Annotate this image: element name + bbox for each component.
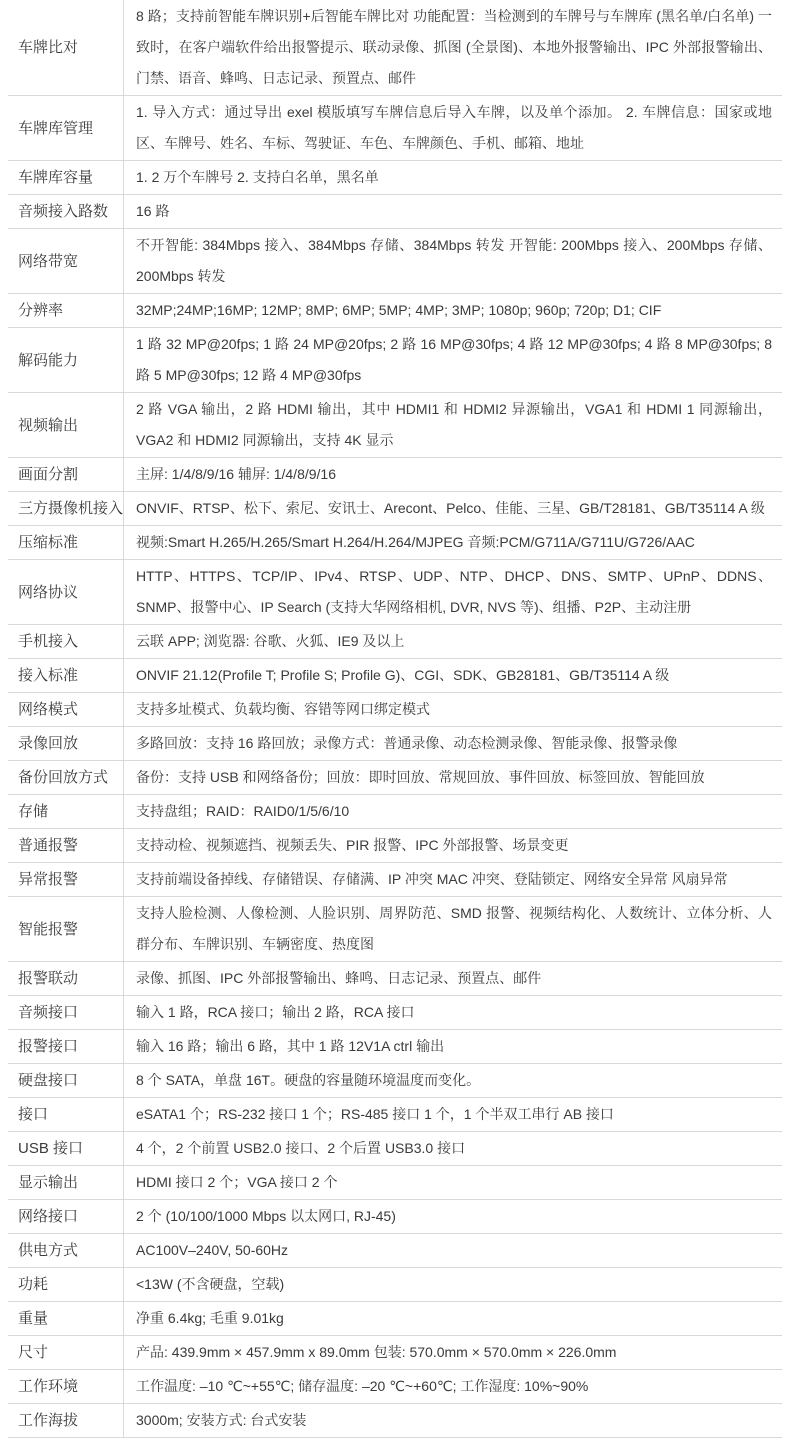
spec-label: 录像回放: [8, 727, 124, 760]
table-row: 接口 eSATA1 个；RS-232 接口 1 个；RS-485 接口 1 个，…: [8, 1098, 782, 1132]
spec-value-text: 1. 导入方式：通过导出 exel 模版填写车牌信息后导入车牌，以及单个添加。 …: [136, 97, 772, 159]
table-row: 网络带宽 不开智能: 384Mbps 接入、384Mbps 存储、384Mbps…: [8, 229, 782, 294]
spec-value-text: 支持盘组；RAID：RAID0/1/5/6/10: [136, 796, 772, 827]
spec-value: ONVIF、RTSP、松下、索尼、安讯士、Arecont、Pelco、佳能、三星…: [124, 492, 782, 525]
spec-value: <13W (不含硬盘，空载): [124, 1268, 782, 1301]
spec-value: AC100V–240V, 50-60Hz: [124, 1234, 782, 1267]
spec-value-text: 输入 16 路；输出 6 路，其中 1 路 12V1A ctrl 输出: [136, 1031, 772, 1062]
spec-value-text: 1 路 32 MP@20fps; 1 路 24 MP@20fps; 2 路 16…: [136, 329, 772, 391]
spec-value-text: 8 个 SATA，单盘 16T。硬盘的容量随环境温度而变化。: [136, 1065, 772, 1096]
spec-value: 支持前端设备掉线、存储错误、存储满、IP 冲突 MAC 冲突、登陆锁定、网络安全…: [124, 863, 782, 896]
spec-value: 输入 16 路；输出 6 路，其中 1 路 12V1A ctrl 输出: [124, 1030, 782, 1063]
table-row: 硬盘接口 8 个 SATA，单盘 16T。硬盘的容量随环境温度而变化。: [8, 1064, 782, 1098]
spec-value: 主屏: 1/4/8/9/16 辅屏: 1/4/8/9/16: [124, 458, 782, 491]
table-row: USB 接口 4 个，2 个前置 USB2.0 接口、2 个后置 USB3.0 …: [8, 1132, 782, 1166]
table-row: 视频输出 2 路 VGA 输出，2 路 HDMI 输出，其中 HDMI1 和 H…: [8, 393, 782, 458]
spec-value-text: 32MP;24MP;16MP; 12MP; 8MP; 6MP; 5MP; 4MP…: [136, 295, 772, 326]
spec-value-text: AC100V–240V, 50-60Hz: [136, 1235, 772, 1266]
spec-label: 手机接入: [8, 625, 124, 658]
spec-value-text: 产品: 439.9mm × 457.9mm x 89.0mm 包装: 570.0…: [136, 1337, 772, 1368]
spec-label: 车牌库管理: [8, 96, 124, 160]
table-row: 网络接口 2 个 (10/100/1000 Mbps 以太网口, RJ-45): [8, 1200, 782, 1234]
spec-value-text: eSATA1 个；RS-232 接口 1 个；RS-485 接口 1 个，1 个…: [136, 1099, 772, 1130]
spec-value: 2 个 (10/100/1000 Mbps 以太网口, RJ-45): [124, 1200, 782, 1233]
spec-value: 录像、抓图、IPC 外部报警输出、蜂鸣、日志记录、预置点、邮件: [124, 962, 782, 995]
spec-value-text: HTTP、HTTPS、TCP/IP、IPv4、RTSP、UDP、NTP、DHCP…: [136, 561, 772, 623]
spec-value-text: 支持前端设备掉线、存储错误、存储满、IP 冲突 MAC 冲突、登陆锁定、网络安全…: [136, 864, 772, 895]
spec-value-text: 备份：支持 USB 和网络备份；回放：即时回放、常规回放、事件回放、标签回放、智…: [136, 762, 772, 793]
spec-label: 网络接口: [8, 1200, 124, 1233]
spec-value: 视频:Smart H.265/H.265/Smart H.264/H.264/M…: [124, 526, 782, 559]
spec-value: 32MP;24MP;16MP; 12MP; 8MP; 6MP; 5MP; 4MP…: [124, 294, 782, 327]
spec-value: 16 路: [124, 195, 782, 228]
spec-label: 分辨率: [8, 294, 124, 327]
spec-value: 多路回放：支持 16 路回放；录像方式：普通录像、动态检测录像、智能录像、报警录…: [124, 727, 782, 760]
spec-label: 供电方式: [8, 1234, 124, 1267]
spec-label: 备份回放方式: [8, 761, 124, 794]
spec-label: 显示输出: [8, 1166, 124, 1199]
table-row: 画面分割 主屏: 1/4/8/9/16 辅屏: 1/4/8/9/16: [8, 458, 782, 492]
table-row: 普通报警 支持动检、视频遮挡、视频丢失、PIR 报警、IPC 外部报警、场景变更: [8, 829, 782, 863]
spec-label: 画面分割: [8, 458, 124, 491]
table-row: 尺寸 产品: 439.9mm × 457.9mm x 89.0mm 包装: 57…: [8, 1336, 782, 1370]
spec-label: 车牌比对: [8, 0, 124, 95]
spec-value: 2 路 VGA 输出，2 路 HDMI 输出，其中 HDMI1 和 HDMI2 …: [124, 393, 782, 457]
spec-value: 不开智能: 384Mbps 接入、384Mbps 存储、384Mbps 转发 开…: [124, 229, 782, 293]
spec-label: 智能报警: [8, 897, 124, 961]
table-row: 车牌比对 8 路；支持前智能车牌识别+后智能车牌比对 功能配置：当检测到的车牌号…: [8, 0, 782, 96]
spec-value: 支持盘组；RAID：RAID0/1/5/6/10: [124, 795, 782, 828]
spec-label: 报警接口: [8, 1030, 124, 1063]
spec-label: 工作环境: [8, 1370, 124, 1403]
spec-label: 报警联动: [8, 962, 124, 995]
table-row: 分辨率 32MP;24MP;16MP; 12MP; 8MP; 6MP; 5MP;…: [8, 294, 782, 328]
spec-value-text: 2 个 (10/100/1000 Mbps 以太网口, RJ-45): [136, 1201, 772, 1232]
spec-value: 工作温度: –10 ℃~+55℃; 储存温度: –20 ℃~+60℃; 工作湿度…: [124, 1370, 782, 1403]
spec-label: 压缩标准: [8, 526, 124, 559]
table-row: 手机接入 云联 APP; 浏览器: 谷歌、火狐、IE9 及以上: [8, 625, 782, 659]
spec-value: 3000m; 安装方式: 台式安装: [124, 1404, 782, 1437]
spec-label: 网络模式: [8, 693, 124, 726]
spec-value: HDMI 接口 2 个；VGA 接口 2 个: [124, 1166, 782, 1199]
spec-value: 1. 2 万个车牌号 2. 支持白名单，黑名单: [124, 161, 782, 194]
spec-value-text: <13W (不含硬盘，空载): [136, 1269, 772, 1300]
spec-value-text: 支持多址模式、负载均衡、容错等网口绑定模式: [136, 694, 772, 725]
table-row: 功耗 <13W (不含硬盘，空载): [8, 1268, 782, 1302]
spec-value: 支持人脸检测、人像检测、人脸识别、周界防范、SMD 报警、视频结构化、人数统计、…: [124, 897, 782, 961]
spec-value-text: 支持动检、视频遮挡、视频丢失、PIR 报警、IPC 外部报警、场景变更: [136, 830, 772, 861]
spec-value-text: 16 路: [136, 196, 772, 227]
spec-value-text: 不开智能: 384Mbps 接入、384Mbps 存储、384Mbps 转发 开…: [136, 230, 772, 292]
spec-label: 工作海拔: [8, 1404, 124, 1437]
table-row: 接入标准 ONVIF 21.12(Profile T; Profile S; P…: [8, 659, 782, 693]
spec-value: 输入 1 路，RCA 接口；输出 2 路，RCA 接口: [124, 996, 782, 1029]
spec-value-text: 多路回放：支持 16 路回放；录像方式：普通录像、动态检测录像、智能录像、报警录…: [136, 728, 772, 759]
spec-value-text: ONVIF、RTSP、松下、索尼、安讯士、Arecont、Pelco、佳能、三星…: [136, 493, 772, 524]
table-row: 显示输出 HDMI 接口 2 个；VGA 接口 2 个: [8, 1166, 782, 1200]
spec-value-text: 4 个，2 个前置 USB2.0 接口、2 个后置 USB3.0 接口: [136, 1133, 772, 1164]
spec-label: 车牌库容量: [8, 161, 124, 194]
spec-value-text: 录像、抓图、IPC 外部报警输出、蜂鸣、日志记录、预置点、邮件: [136, 963, 772, 994]
spec-value-text: 支持人脸检测、人像检测、人脸识别、周界防范、SMD 报警、视频结构化、人数统计、…: [136, 898, 772, 960]
spec-value: 支持动检、视频遮挡、视频丢失、PIR 报警、IPC 外部报警、场景变更: [124, 829, 782, 862]
table-row: 音频接入路数 16 路: [8, 195, 782, 229]
table-row: 录像回放 多路回放：支持 16 路回放；录像方式：普通录像、动态检测录像、智能录…: [8, 727, 782, 761]
table-row: 重量 净重 6.4kg; 毛重 9.01kg: [8, 1302, 782, 1336]
table-row: 工作海拔 3000m; 安装方式: 台式安装: [8, 1404, 782, 1438]
spec-label: 硬盘接口: [8, 1064, 124, 1097]
spec-value-text: 主屏: 1/4/8/9/16 辅屏: 1/4/8/9/16: [136, 459, 772, 490]
spec-value-text: 8 路；支持前智能车牌识别+后智能车牌比对 功能配置：当检测到的车牌号与车牌库 …: [136, 1, 772, 94]
spec-label: 三方摄像机接入: [8, 492, 124, 525]
table-row: 工作环境 工作温度: –10 ℃~+55℃; 储存温度: –20 ℃~+60℃;…: [8, 1370, 782, 1404]
spec-value-text: HDMI 接口 2 个；VGA 接口 2 个: [136, 1167, 772, 1198]
spec-label: USB 接口: [8, 1132, 124, 1165]
spec-value: 产品: 439.9mm × 457.9mm x 89.0mm 包装: 570.0…: [124, 1336, 782, 1369]
table-row: 网络协议 HTTP、HTTPS、TCP/IP、IPv4、RTSP、UDP、NTP…: [8, 560, 782, 625]
spec-value-text: 1. 2 万个车牌号 2. 支持白名单，黑名单: [136, 162, 772, 193]
spec-value: 1. 导入方式：通过导出 exel 模版填写车牌信息后导入车牌，以及单个添加。 …: [124, 96, 782, 160]
spec-value-text: ONVIF 21.12(Profile T; Profile S; Profil…: [136, 660, 772, 691]
spec-label: 功耗: [8, 1268, 124, 1301]
spec-value-text: 净重 6.4kg; 毛重 9.01kg: [136, 1303, 772, 1334]
spec-label: 重量: [8, 1302, 124, 1335]
table-row: 压缩标准 视频:Smart H.265/H.265/Smart H.264/H.…: [8, 526, 782, 560]
spec-value: 备份：支持 USB 和网络备份；回放：即时回放、常规回放、事件回放、标签回放、智…: [124, 761, 782, 794]
spec-label: 异常报警: [8, 863, 124, 896]
table-row: 异常报警 支持前端设备掉线、存储错误、存储满、IP 冲突 MAC 冲突、登陆锁定…: [8, 863, 782, 897]
spec-value-text: 输入 1 路，RCA 接口；输出 2 路，RCA 接口: [136, 997, 772, 1028]
spec-table: 车牌比对 8 路；支持前智能车牌识别+后智能车牌比对 功能配置：当检测到的车牌号…: [8, 0, 782, 1438]
spec-label: 音频接口: [8, 996, 124, 1029]
spec-value: 1 路 32 MP@20fps; 1 路 24 MP@20fps; 2 路 16…: [124, 328, 782, 392]
spec-label: 接入标准: [8, 659, 124, 692]
spec-value: 云联 APP; 浏览器: 谷歌、火狐、IE9 及以上: [124, 625, 782, 658]
table-row: 供电方式 AC100V–240V, 50-60Hz: [8, 1234, 782, 1268]
table-row: 智能报警 支持人脸检测、人像检测、人脸识别、周界防范、SMD 报警、视频结构化、…: [8, 897, 782, 962]
table-row: 解码能力 1 路 32 MP@20fps; 1 路 24 MP@20fps; 2…: [8, 328, 782, 393]
spec-value-text: 工作温度: –10 ℃~+55℃; 储存温度: –20 ℃~+60℃; 工作湿度…: [136, 1371, 772, 1402]
table-row: 存储 支持盘组；RAID：RAID0/1/5/6/10: [8, 795, 782, 829]
spec-value: 8 路；支持前智能车牌识别+后智能车牌比对 功能配置：当检测到的车牌号与车牌库 …: [124, 0, 782, 95]
spec-label: 接口: [8, 1098, 124, 1131]
table-row: 三方摄像机接入 ONVIF、RTSP、松下、索尼、安讯士、Arecont、Pel…: [8, 492, 782, 526]
spec-value: 支持多址模式、负载均衡、容错等网口绑定模式: [124, 693, 782, 726]
spec-value-text: 3000m; 安装方式: 台式安装: [136, 1405, 772, 1436]
spec-label: 音频接入路数: [8, 195, 124, 228]
spec-value: 4 个，2 个前置 USB2.0 接口、2 个后置 USB3.0 接口: [124, 1132, 782, 1165]
spec-value-text: 云联 APP; 浏览器: 谷歌、火狐、IE9 及以上: [136, 626, 772, 657]
spec-value: 8 个 SATA，单盘 16T。硬盘的容量随环境温度而变化。: [124, 1064, 782, 1097]
spec-label: 网络协议: [8, 560, 124, 624]
spec-label: 尺寸: [8, 1336, 124, 1369]
spec-label: 解码能力: [8, 328, 124, 392]
table-row: 音频接口 输入 1 路，RCA 接口；输出 2 路，RCA 接口: [8, 996, 782, 1030]
spec-label: 普通报警: [8, 829, 124, 862]
spec-value: 净重 6.4kg; 毛重 9.01kg: [124, 1302, 782, 1335]
spec-value-text: 2 路 VGA 输出，2 路 HDMI 输出，其中 HDMI1 和 HDMI2 …: [136, 394, 772, 456]
table-row: 报警联动 录像、抓图、IPC 外部报警输出、蜂鸣、日志记录、预置点、邮件: [8, 962, 782, 996]
spec-label: 视频输出: [8, 393, 124, 457]
table-row: 备份回放方式 备份：支持 USB 和网络备份；回放：即时回放、常规回放、事件回放…: [8, 761, 782, 795]
spec-value: ONVIF 21.12(Profile T; Profile S; Profil…: [124, 659, 782, 692]
spec-value: eSATA1 个；RS-232 接口 1 个；RS-485 接口 1 个，1 个…: [124, 1098, 782, 1131]
spec-value: HTTP、HTTPS、TCP/IP、IPv4、RTSP、UDP、NTP、DHCP…: [124, 560, 782, 624]
spec-value-text: 视频:Smart H.265/H.265/Smart H.264/H.264/M…: [136, 527, 772, 558]
spec-label: 网络带宽: [8, 229, 124, 293]
table-row: 网络模式 支持多址模式、负载均衡、容错等网口绑定模式: [8, 693, 782, 727]
table-row: 车牌库管理 1. 导入方式：通过导出 exel 模版填写车牌信息后导入车牌，以及…: [8, 96, 782, 161]
spec-label: 存储: [8, 795, 124, 828]
table-row: 报警接口 输入 16 路；输出 6 路，其中 1 路 12V1A ctrl 输出: [8, 1030, 782, 1064]
table-row: 车牌库容量 1. 2 万个车牌号 2. 支持白名单，黑名单: [8, 161, 782, 195]
